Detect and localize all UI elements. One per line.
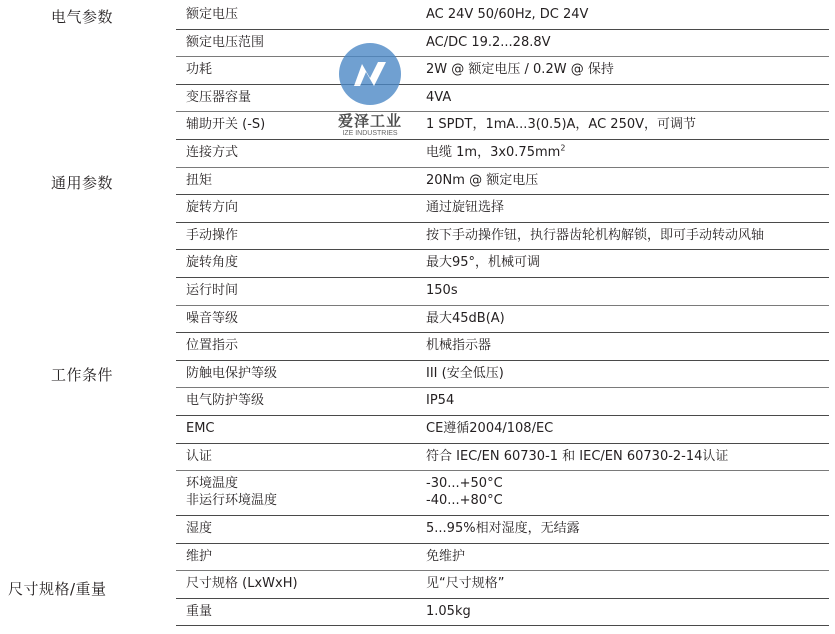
table-row: 环境温度非运行环境温度 -30...+50°C-40...+80°C	[176, 471, 829, 516]
spec-key: 防触电保护等级	[186, 365, 277, 382]
table-row: 维护 免维护	[176, 544, 829, 572]
section-label-general: 通用参数	[51, 172, 113, 193]
spec-value: 最大45dB(A)	[426, 310, 505, 327]
spec-key: 尺寸规格 (LxWxH)	[186, 575, 298, 592]
spec-key: 环境温度	[186, 476, 238, 491]
spec-key-multi: 环境温度非运行环境温度	[186, 475, 277, 509]
table-row: 连接方式 电缆 1m，3x0.75mm2	[176, 140, 829, 168]
spec-key: 运行时间	[186, 282, 238, 299]
table-row: 认证 符合 IEC/EN 60730-1 和 IEC/EN 60730-2-14…	[176, 444, 829, 472]
table-row: 旋转方向 通过旋钮选择	[176, 195, 829, 223]
spec-value: 2W @ 额定电压 / 0.2W @ 保持	[426, 61, 614, 78]
spec-value: CE遵循2004/108/EC	[426, 420, 553, 437]
spec-key: 认证	[186, 448, 212, 465]
table-row: 噪音等级 最大45dB(A)	[176, 306, 829, 334]
table-row: 辅助开关 (-S) 1 SPDT，1mA...3(0.5)A，AC 250V，可…	[176, 112, 829, 140]
spec-key: 功耗	[186, 61, 212, 78]
spec-key: 位置指示	[186, 337, 238, 354]
spec-key: 额定电压	[186, 6, 238, 23]
spec-value: 4VA	[426, 89, 451, 106]
table-row: 防触电保护等级 III (安全低压)	[176, 361, 829, 389]
table-row: 功耗 2W @ 额定电压 / 0.2W @ 保持	[176, 57, 829, 85]
spec-value-wrap: 电缆 1m，3x0.75mm2	[426, 144, 565, 161]
spec-value: -30...+50°C	[426, 476, 503, 491]
spec-value: 符合 IEC/EN 60730-1 和 IEC/EN 60730-2-14认证	[426, 448, 728, 465]
spec-value: 机械指示器	[426, 337, 491, 354]
spec-value: 通过旋钮选择	[426, 199, 504, 216]
section-label-electrical: 电气参数	[51, 6, 113, 27]
spec-value: 免维护	[426, 548, 465, 565]
spec-table: 额定电压 AC 24V 50/60Hz, DC 24V 额定电压范围 AC/DC…	[176, 2, 829, 626]
spec-value: 150s	[426, 282, 458, 299]
spec-value: 20Nm @ 额定电压	[426, 172, 538, 189]
table-row: EMC CE遵循2004/108/EC	[176, 416, 829, 444]
spec-key: 旋转方向	[186, 199, 238, 216]
table-row: 电气防护等级 IP54	[176, 388, 829, 416]
spec-value: 电缆 1m，3x0.75mm	[426, 145, 560, 160]
spec-key: 扭矩	[186, 172, 212, 189]
spec-key: 变压器容量	[186, 89, 251, 106]
spec-key: 重量	[186, 603, 212, 620]
spec-key: 旋转角度	[186, 254, 238, 271]
section-label-operating-conditions: 工作条件	[51, 364, 113, 385]
spec-value: AC 24V 50/60Hz, DC 24V	[426, 6, 588, 23]
spec-value: 1 SPDT，1mA...3(0.5)A，AC 250V，可调节	[426, 116, 696, 133]
spec-key: 连接方式	[186, 144, 238, 161]
spec-value: AC/DC 19.2...28.8V	[426, 34, 551, 51]
table-row: 湿度 5...95%相对湿度，无结露	[176, 516, 829, 544]
table-row: 位置指示 机械指示器	[176, 333, 829, 361]
spec-key: 维护	[186, 548, 212, 565]
table-row: 运行时间 150s	[176, 278, 829, 306]
spec-value-multi: -30...+50°C-40...+80°C	[426, 475, 503, 509]
table-row: 扭矩 20Nm @ 额定电压	[176, 168, 829, 196]
table-row: 变压器容量 4VA	[176, 85, 829, 113]
superscript: 2	[560, 144, 565, 153]
table-row: 旋转角度 最大95°，机械可调	[176, 250, 829, 278]
table-row: 重量 1.05kg	[176, 599, 829, 627]
spec-key: 额定电压范围	[186, 34, 264, 51]
spec-value: 最大95°，机械可调	[426, 254, 540, 271]
table-row: 额定电压 AC 24V 50/60Hz, DC 24V	[176, 2, 829, 30]
spec-value: IP54	[426, 392, 454, 409]
spec-key: EMC	[186, 420, 215, 437]
spec-value: 1.05kg	[426, 603, 471, 620]
spec-key: 噪音等级	[186, 310, 238, 327]
table-row: 额定电压范围 AC/DC 19.2...28.8V	[176, 30, 829, 58]
table-row: 尺寸规格 (LxWxH) 见“尺寸规格”	[176, 571, 829, 599]
spec-key: 手动操作	[186, 227, 238, 244]
spec-value: III (安全低压)	[426, 365, 504, 382]
spec-value: 按下手动操作钮，执行器齿轮机构解锁，即可手动转动风轴	[426, 227, 764, 244]
spec-value: 5...95%相对湿度，无结露	[426, 520, 580, 537]
spec-sheet: 电气参数 通用参数 工作条件 尺寸规格/重量 额定电压 AC 24V 50/60…	[0, 0, 835, 634]
table-row: 手动操作 按下手动操作钮，执行器齿轮机构解锁，即可手动转动风轴	[176, 223, 829, 251]
spec-key: 辅助开关 (-S)	[186, 116, 265, 133]
section-label-dimensions-weight: 尺寸规格/重量	[8, 578, 107, 599]
spec-value: -40...+80°C	[426, 493, 503, 508]
spec-key: 电气防护等级	[186, 392, 264, 409]
spec-value: 见“尺寸规格”	[426, 575, 504, 592]
spec-key: 湿度	[186, 520, 212, 537]
spec-key: 非运行环境温度	[186, 493, 277, 508]
